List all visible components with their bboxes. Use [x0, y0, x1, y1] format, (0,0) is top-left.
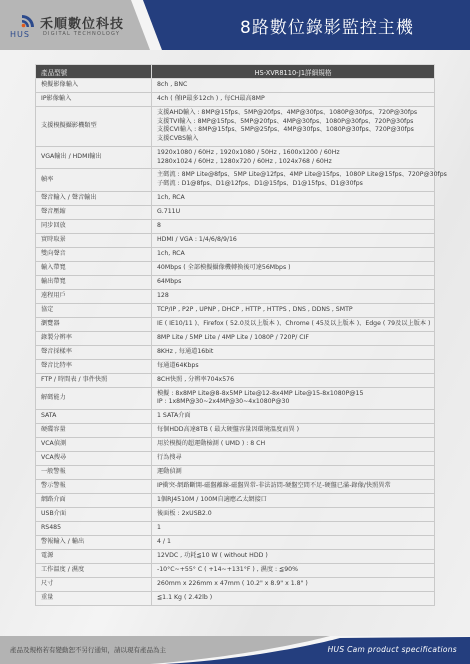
spec-value-line: 64Mbps: [157, 278, 429, 287]
spec-value-line: 用於模擬的超運動檢測 ( UMD ) : 8 CH: [157, 440, 429, 449]
logo-chinese-name: 禾順數位科技: [40, 13, 124, 32]
table-row: 支援模擬攝影機類型支援AHD輸入 : 8MP@15fps、5MP@20fps、4…: [36, 107, 435, 147]
spec-value: 每通道64Kbps: [152, 359, 435, 373]
table-row: 聲音比特率每通道64Kbps: [36, 359, 435, 373]
spec-label: 硬碟容量: [36, 424, 152, 438]
spec-value-line: 8MP Lite / 5MP Lite / 4MP Lite / 1080P /…: [157, 334, 429, 343]
spec-value-line: 40Mbps ( 全部模擬攝像機轉換後可達56Mbps ): [157, 264, 429, 273]
spec-value: IP衝突-網路斷開-磁盤離線-磁盤異常-非法訪問-硬盤空間不足-硬盤已滿-錄像/…: [152, 480, 435, 494]
spec-value: 8CH快照 , 分辨率704x576: [152, 373, 435, 387]
spec-label: IP影像輸入: [36, 93, 152, 107]
spec-value: 12VDC , 功耗≦10 W ( without HDD ): [152, 550, 435, 564]
table-row: 輸出帶寬64Mbps: [36, 275, 435, 289]
spec-value-line: IE ( IE10/11 )、Firefox ( 52.0及以上版本 )、Chr…: [157, 320, 429, 329]
table-row: 電源12VDC , 功耗≦10 W ( without HDD ): [36, 550, 435, 564]
spec-label: 解碼能力: [36, 387, 152, 409]
logo-hus-text: HUS: [10, 30, 30, 39]
table-row: 雙向聲音1ch, RCA: [36, 247, 435, 261]
spec-value: 40Mbps ( 全部模擬攝像機轉換後可達56Mbps ): [152, 261, 435, 275]
spec-value: 4ch ( 僅IP最多12ch ) , 每CH最高8MP: [152, 93, 435, 107]
spec-value: 運動偵測: [152, 466, 435, 480]
column-header-value: HS-XVR8110-J1詳細規格: [152, 65, 435, 79]
table-row: 協定TCP/IP , P2P , UPNP , DHCP , HTTP , HT…: [36, 303, 435, 317]
spec-label: 瀏覽器: [36, 317, 152, 331]
table-row: 輸入帶寬40Mbps ( 全部模擬攝像機轉換後可達56Mbps ): [36, 261, 435, 275]
spec-value-line: 後面板 : 2xUSB2.0: [157, 510, 429, 519]
spec-value-line: 1920x1080 / 60Hz , 1920x1080 / 50Hz , 16…: [157, 149, 429, 158]
table-row: 幀率主碼流 : 8MP Lite@8fps、5MP Lite@12fps、4MP…: [36, 169, 435, 191]
spec-value: 260mm x 226mm x 47mm ( 10.2" x 8.9" x 1.…: [152, 578, 435, 592]
spec-value: 8: [152, 219, 435, 233]
spec-value-line: 1: [157, 524, 429, 533]
table-row: 遠程用戶128: [36, 289, 435, 303]
spec-value-line: 4 / 1: [157, 538, 429, 547]
page-header: HUS 禾順數位科技 DIGITAL TECHNOLOGY 8路數位錄影監控主機: [0, 0, 470, 50]
spec-value-line: HDMI / VGA : 1/4/6/8/9/16: [157, 236, 429, 245]
spec-label: 尺寸: [36, 578, 152, 592]
spec-table: 產品型號 HS-XVR8110-J1詳細規格 模擬影像輸入8ch , BNCIP…: [35, 64, 435, 606]
spec-value: -10°C~+55° C ( +14~+131°F ) , 濕度 : ≦90%: [152, 564, 435, 578]
spec-value-line: -10°C~+55° C ( +14~+131°F ) , 濕度 : ≦90%: [157, 566, 429, 575]
spec-value: 支援AHD輸入 : 8MP@15fps、5MP@20fps、4MP@30fps、…: [152, 107, 435, 147]
column-header-key: 產品型號: [36, 65, 152, 79]
spec-value: 1 SATA介面: [152, 410, 435, 424]
spec-value: HDMI / VGA : 1/4/6/8/9/16: [152, 233, 435, 247]
table-row: 網路介面1個RJ4510M / 100M自適應乙太網接口: [36, 494, 435, 508]
spec-value-line: 主碼流 : 8MP Lite@8fps、5MP Lite@12fps、4MP L…: [157, 171, 429, 180]
spec-value: 8ch , BNC: [152, 79, 435, 93]
table-row: 一般警報運動偵測: [36, 466, 435, 480]
spec-value-line: IP衝突-網路斷開-磁盤離線-磁盤異常-非法訪問-硬盤空間不足-硬盤已滿-錄像/…: [157, 482, 429, 491]
spec-value-line: 子碼流 : D1@8fps、D1@12fps、D1@15fps、D1@15fps…: [157, 180, 429, 189]
table-row: VCA搜尋行為搜尋: [36, 452, 435, 466]
spec-value: 64Mbps: [152, 275, 435, 289]
spec-label: 聲音輸入 / 聲音輸出: [36, 191, 152, 205]
table-row: 硬碟容量每個HDD高達8TB ( 最大硬盤容量因環境溫度而異 ): [36, 424, 435, 438]
table-row: 實時取景HDMI / VGA : 1/4/6/8/9/16: [36, 233, 435, 247]
spec-label: 一般警報: [36, 466, 152, 480]
spec-table-body: 模擬影像輸入8ch , BNCIP影像輸入4ch ( 僅IP最多12ch ) ,…: [36, 79, 435, 606]
table-row: 瀏覽器IE ( IE10/11 )、Firefox ( 52.0及以上版本 )、…: [36, 317, 435, 331]
table-row: 解碼能力模擬 : 8x8MP Lite@8-8x5MP Lite@12-8x4M…: [36, 387, 435, 409]
spec-value-line: 128: [157, 292, 429, 301]
table-row: 模擬影像輸入8ch , BNC: [36, 79, 435, 93]
spec-value: 1920x1080 / 60Hz , 1920x1080 / 50Hz , 16…: [152, 146, 435, 168]
table-row: 重量≦1.1 Kg ( 2.42lb ): [36, 592, 435, 606]
spec-value: G.711U: [152, 205, 435, 219]
table-row: VGA輸出 / HDMI輸出1920x1080 / 60Hz , 1920x10…: [36, 146, 435, 168]
table-row: FTP / 時間表 / 事件快照8CH快照 , 分辨率704x576: [36, 373, 435, 387]
wifi-signal-logo-icon: [20, 13, 36, 29]
table-row: 聲音輸入 / 聲音輸出1ch, RCA: [36, 191, 435, 205]
spec-label: 幀率: [36, 169, 152, 191]
spec-value-line: 每個HDD高達8TB ( 最大硬盤容量因環境溫度而異 ): [157, 426, 429, 435]
table-row: 警報輸入 / 輸出4 / 1: [36, 536, 435, 550]
spec-label: 聲音壓縮: [36, 205, 152, 219]
table-row: SATA1 SATA介面: [36, 410, 435, 424]
spec-value: 每個HDD高達8TB ( 最大硬盤容量因環境溫度而異 ): [152, 424, 435, 438]
spec-value-line: G.711U: [157, 208, 429, 217]
table-row: 聲音壓縮G.711U: [36, 205, 435, 219]
spec-label: SATA: [36, 410, 152, 424]
spec-label: 遠程用戶: [36, 289, 152, 303]
spec-label: 模擬影像輸入: [36, 79, 152, 93]
logo-english-name: DIGITAL TECHNOLOGY: [43, 31, 120, 37]
spec-value-line: 1 SATA介面: [157, 412, 429, 421]
page-title: 8路數位錄影監控主機: [240, 13, 414, 38]
spec-value: 1ch, RCA: [152, 191, 435, 205]
spec-label: 支援模擬攝影機類型: [36, 107, 152, 147]
spec-value-line: 8KHz , 每通道16bit: [157, 348, 429, 357]
spec-value: ≦1.1 Kg ( 2.42lb ): [152, 592, 435, 606]
spec-value-line: 4ch ( 僅IP最多12ch ) , 每CH最高8MP: [157, 95, 429, 104]
spec-value-line: IP : 1x8MP@30~2x4MP@30~4x1080P@30: [157, 398, 429, 407]
table-row: USB介面後面板 : 2xUSB2.0: [36, 508, 435, 522]
spec-value-line: 支援AHD輸入 : 8MP@15fps、5MP@20fps、4MP@30fps、…: [157, 109, 429, 118]
spec-value-line: 支援CVI輸入 : 8MP@15fps、5MP@25fps、4MP@30fps、…: [157, 126, 429, 135]
spec-value: 8MP Lite / 5MP Lite / 4MP Lite / 1080P /…: [152, 331, 435, 345]
table-row: IP影像輸入4ch ( 僅IP最多12ch ) , 每CH最高8MP: [36, 93, 435, 107]
spec-label: 協定: [36, 303, 152, 317]
table-row: 同步回放8: [36, 219, 435, 233]
footer-brand-text: HUS Cam product specifications: [328, 645, 457, 654]
spec-label: FTP / 時間表 / 事件快照: [36, 373, 152, 387]
spec-value-line: 支援CVBS輸入: [157, 135, 429, 144]
spec-label: 電源: [36, 550, 152, 564]
table-row: 警示警報IP衝突-網路斷開-磁盤離線-磁盤異常-非法訪問-硬盤空間不足-硬盤已滿…: [36, 480, 435, 494]
spec-value: 主碼流 : 8MP Lite@8fps、5MP Lite@12fps、4MP L…: [152, 169, 435, 191]
spec-label: 警報輸入 / 輸出: [36, 536, 152, 550]
spec-value: 4 / 1: [152, 536, 435, 550]
spec-label: VGA輸出 / HDMI輸出: [36, 146, 152, 168]
spec-label: RS485: [36, 522, 152, 536]
spec-label: VCA搜尋: [36, 452, 152, 466]
spec-label: 聲音比特率: [36, 359, 152, 373]
spec-value-line: 運動偵測: [157, 468, 429, 477]
spec-label: 輸出帶寬: [36, 275, 152, 289]
table-header-row: 產品型號 HS-XVR8110-J1詳細規格: [36, 65, 435, 79]
spec-value: TCP/IP , P2P , UPNP , DHCP , HTTP , HTTP…: [152, 303, 435, 317]
table-row: 錄製分辨率8MP Lite / 5MP Lite / 4MP Lite / 10…: [36, 331, 435, 345]
spec-label: 重量: [36, 592, 152, 606]
spec-value: 用於模擬的超運動檢測 ( UMD ) : 8 CH: [152, 438, 435, 452]
spec-value: 8KHz , 每通道16bit: [152, 345, 435, 359]
spec-value: 1ch, RCA: [152, 247, 435, 261]
footer-disclaimer: 產品及規格若有變動恕不另行通知，請以現有產品為主: [10, 645, 166, 654]
spec-value: 後面板 : 2xUSB2.0: [152, 508, 435, 522]
spec-label: USB介面: [36, 508, 152, 522]
spec-value: 128: [152, 289, 435, 303]
spec-label: 實時取景: [36, 233, 152, 247]
spec-value-line: 1280x1024 / 60Hz , 1280x720 / 60Hz , 102…: [157, 158, 429, 167]
spec-label: 工作溫度 / 濕度: [36, 564, 152, 578]
table-row: VCA偵測用於模擬的超運動檢測 ( UMD ) : 8 CH: [36, 438, 435, 452]
spec-value-line: 1ch, RCA: [157, 250, 429, 259]
spec-value-line: 1ch, RCA: [157, 194, 429, 203]
table-row: 工作溫度 / 濕度-10°C~+55° C ( +14~+131°F ) , 濕…: [36, 564, 435, 578]
table-row: 聲音採樣率8KHz , 每通道16bit: [36, 345, 435, 359]
spec-value: 模擬 : 8x8MP Lite@8-8x5MP Lite@12-8x4MP Li…: [152, 387, 435, 409]
spec-value-line: 8CH快照 , 分辨率704x576: [157, 376, 429, 385]
table-row: 尺寸260mm x 226mm x 47mm ( 10.2" x 8.9" x …: [36, 578, 435, 592]
spec-value-line: 12VDC , 功耗≦10 W ( without HDD ): [157, 552, 429, 561]
spec-value-line: 1個RJ4510M / 100M自適應乙太網接口: [157, 496, 429, 505]
spec-value-line: 260mm x 226mm x 47mm ( 10.2" x 8.9" x 1.…: [157, 580, 429, 589]
spec-value-line: TCP/IP , P2P , UPNP , DHCP , HTTP , HTTP…: [157, 306, 429, 315]
spec-label: 錄製分辨率: [36, 331, 152, 345]
spec-value-line: ≦1.1 Kg ( 2.42lb ): [157, 594, 429, 603]
spec-label: 聲音採樣率: [36, 345, 152, 359]
spec-label: VCA偵測: [36, 438, 152, 452]
spec-value: 行為搜尋: [152, 452, 435, 466]
spec-label: 雙向聲音: [36, 247, 152, 261]
spec-label: 同步回放: [36, 219, 152, 233]
spec-value-line: 8: [157, 222, 429, 231]
spec-value-line: 8ch , BNC: [157, 81, 429, 90]
spec-value-line: 行為搜尋: [157, 454, 429, 463]
spec-label: 警示警報: [36, 480, 152, 494]
spec-value-line: 每通道64Kbps: [157, 362, 429, 371]
company-logo: HUS 禾順數位科技 DIGITAL TECHNOLOGY: [10, 10, 130, 40]
spec-label: 輸入帶寬: [36, 261, 152, 275]
spec-value: 1個RJ4510M / 100M自適應乙太網接口: [152, 494, 435, 508]
page-footer: 產品及規格若有變動恕不另行通知，請以現有產品為主 HUS Cam product…: [0, 636, 470, 664]
spec-label: 網路介面: [36, 494, 152, 508]
spec-value: IE ( IE10/11 )、Firefox ( 52.0及以上版本 )、Chr…: [152, 317, 435, 331]
table-row: RS4851: [36, 522, 435, 536]
spec-value: 1: [152, 522, 435, 536]
